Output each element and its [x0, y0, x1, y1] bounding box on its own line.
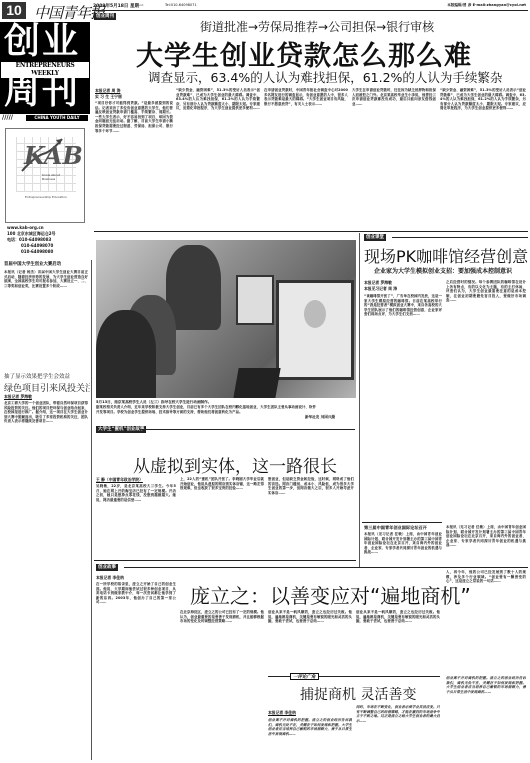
- pk-kicker: 创业课堂: [364, 234, 386, 241]
- monitor-screen: [276, 280, 354, 380]
- pang-kicker-rule: [124, 567, 528, 568]
- kab-contact: www.kab-org.cn 100 北京东城区海运仓2号 电话：010-640…: [7, 225, 87, 255]
- virtual-body-col3: 想创业，但是缺乏资金和经验，这时候，网络成了他们的首选。网店门槛低、成本小、风险…: [268, 477, 354, 554]
- pk-body-col2: 之后经营时的情况。每个参赛团队的咖啡馆在设计上各有特点，有的以文化为主题，有的主…: [446, 280, 526, 520]
- story2-title-line1: 抽了显示效果把学生会效益: [4, 372, 90, 380]
- pk-brief-title: 第三届中国青年创业国际论坛召开: [364, 525, 442, 531]
- kab-tagline: Entrepreneurship Education: [10, 195, 82, 199]
- kab-subtitle: Know About Business: [42, 173, 68, 181]
- right-column-divider: [359, 233, 360, 568]
- masthead-title-top: 创业: [4, 22, 80, 62]
- masthead: 创业 ENTREPRENEURS WEEKLY 周刊: [0, 22, 90, 114]
- story2-title-line2: 绿色项目引来风投关注: [4, 381, 90, 394]
- lead-body-col4: 大学生在申请创业贷款时，往往因为缺乏抵押物和担保人而被拒之门外。北京某高校毕业生…: [352, 88, 436, 225]
- pang-body-col3: 创业从来不是一帆风顺的，庞立之也经历过失败。他说，遍地都是商机，关键是要有敏锐的…: [268, 610, 352, 672]
- sidebar-brief-title: 首届中国大学生创业大赛启动: [4, 261, 88, 267]
- pk-kicker-rule: [392, 237, 528, 238]
- china-youth-daily-label: CHINA YOUTH DAILY: [26, 115, 88, 121]
- pk-headline: 现场PK咖啡馆经营创意: [364, 244, 528, 267]
- virtual-kicker-rule: [140, 429, 355, 430]
- pang-body-col1: 在一所学校的宿舍里，庞立之开始了自己的创业生涯。他说，大学期间他尝试过很多种创业…: [96, 582, 176, 760]
- catch-body-col2: 同时，市场在不断变化，创业者必须学会灵活应变。只有不断调整自己的经营策略，才能在…: [356, 705, 440, 761]
- story2-byline: 本报记者 罗海敏: [4, 394, 32, 399]
- pk-brief-body: 本报讯（见习记者 任敏）上周，由中国青年创业国际计划、联合国开发计划署主办的第三…: [364, 532, 442, 562]
- pk-body-col1: “该咖啡馆开张了”，广告单在校园内发放，这是一家大学生模拟经营的咖啡馆。日前在某…: [364, 294, 442, 519]
- pk-byline-1: 本报记者 罗海敏: [364, 280, 392, 285]
- pang-headline: 庞立之：以善变应对“遍地商机”: [190, 580, 471, 609]
- catch-headline: 捕捉商机 灵活善变: [300, 684, 416, 704]
- virtual-body-col1: 吴晓敏，22岁，是北京某高校大三学生。今年5月，她在网上开的淘宝店已经有了一定规…: [96, 484, 176, 554]
- virtual-bottom-rule: [94, 560, 356, 561]
- lead-deck: 街道批准→劳保局推荐→公司担保→银行审核: [200, 18, 434, 35]
- lead-subhead: 调查显示，63.4%的人认为难找担保，61.2%的人认为手续繁杂: [148, 68, 502, 86]
- catch-body-col3: 创业离不开对商机的把握。庞立之的创业经历告诉我们，商机无处不在，关键在于如何发现…: [446, 676, 526, 761]
- date-line: 2009年5月18日 星期一: [93, 3, 143, 9]
- photo-caption-body: 据某校相关负责人介绍，近年来学校积极支持大学生创业，目前已有多个大学生团队在校内…: [96, 405, 316, 419]
- lead-bottom-rule: [94, 231, 528, 232]
- virtual-byline: 王 静（中国青年政治学院）: [96, 477, 143, 482]
- keyboard: [233, 368, 280, 398]
- kab-phone-3: 010-64098080: [7, 249, 87, 255]
- china-youth-daily-strip: ///// CHINA YOUTH DAILY: [0, 114, 90, 122]
- catch-kicker: 一评论广角: [290, 673, 319, 680]
- lead-body-col2: “缺少资金、融资困难”，51.3%的受访人员表示“创业贷款难”，已成为大学生创业…: [176, 88, 260, 225]
- lead-body-col3: 在申请创业贷款时，中国青年报社会调查中心对2000多名网友进行的调查显示，有创业…: [264, 88, 348, 225]
- pk-brief-rule: [362, 522, 442, 523]
- sidebar-brief-body: 本报讯（记者 杨杰）首届中国大学生创业大赛目前正式启动，随着经济形势的发展，为大…: [4, 270, 88, 374]
- pk-byline-2: 本报见习记者 周 涛: [364, 286, 397, 291]
- lead-byline-1: 本报记者 周 涛: [95, 88, 120, 93]
- virtual-body-col2: 上，22人的“蜜机”团队开张了。李晓刚大学毕业后就开始创业，他说从虚拟的网店到实…: [180, 477, 264, 554]
- news-photo: [96, 240, 356, 398]
- lead-body-col5: “缺少资金、融资困难”，51.3%的受访人员表示“创业贷款难”，已成为大学生创业…: [440, 88, 526, 225]
- story2-body: 北京工商大学的一个创业团队，带着自然环保项目获得风险投资的关注。他们的项目把环保…: [4, 401, 88, 761]
- pk-subhead: 企业家为大学生模拟创业支招：要加强成本控制意识: [374, 266, 512, 275]
- catch-byline: 本报记者 李佳纳: [268, 710, 296, 715]
- pang-kicker: 创业故事: [96, 564, 118, 571]
- phone-line: Tel:010-64098071: [165, 3, 197, 7]
- editor-line: 本版编辑/曾 彦 E-mail:zhangyan@cyol.net: [447, 3, 526, 8]
- person-front: [96, 310, 156, 398]
- pang-byline: 本报记者 李佳纳: [96, 575, 124, 580]
- sidebar-divider: [91, 260, 92, 760]
- monitor-screen-back: [236, 275, 274, 325]
- lead-body-col1: “项目好你才可能得到贷款。”是最多被提到的说法。记者采访了多位有创业意愿的大学生…: [95, 101, 173, 225]
- masthead-title-bottom: 周刊: [4, 70, 80, 114]
- header-rule: [92, 10, 528, 11]
- pk-body-col2-cont: 本报讯（见习记者 任敏）上周，由中国青年创业国际计划、联合国开发计划署主办的第三…: [446, 525, 526, 562]
- catch-body-col1: 创业离不开对商机的把握。庞立之的创业经历告诉我们，商机无处不在，关键在于如何发现…: [268, 718, 352, 761]
- lead-byline-2: 实 习 生 王宁丽: [95, 94, 122, 99]
- photo-caption-credit: 新华社发 刘国兴摄: [305, 415, 335, 420]
- lead-kicker: 创业周刊: [94, 13, 116, 20]
- kab-logo: KAB: [24, 141, 83, 170]
- decorative-slashes: /////: [2, 114, 13, 121]
- kab-logo-box: KAB Know About Business Entrepreneurship…: [5, 128, 85, 223]
- cartoon-character-on-screen: [304, 300, 326, 328]
- pang-body-col5: 人，再今年，他的公司已经发展到了数十人的规模，涉及多个行业领域。“创业要有一颗善…: [446, 570, 526, 672]
- virtual-headline: 从虚拟到实体，这一路很长: [133, 452, 337, 477]
- virtual-kicker: 大学生“蜜机”创业故事: [96, 426, 146, 433]
- page-number: 10: [2, 2, 26, 19]
- pang-body-col4: 创业从来不是一帆风顺的，庞立之也经历过失败。他说，遍地都是商机，关键是要有敏锐的…: [356, 610, 440, 672]
- pang-body-col2: 在北京海淀区，庞立之的公司已经有了一定的规模。他认为，创业最重要的是要善于发现商…: [180, 610, 264, 760]
